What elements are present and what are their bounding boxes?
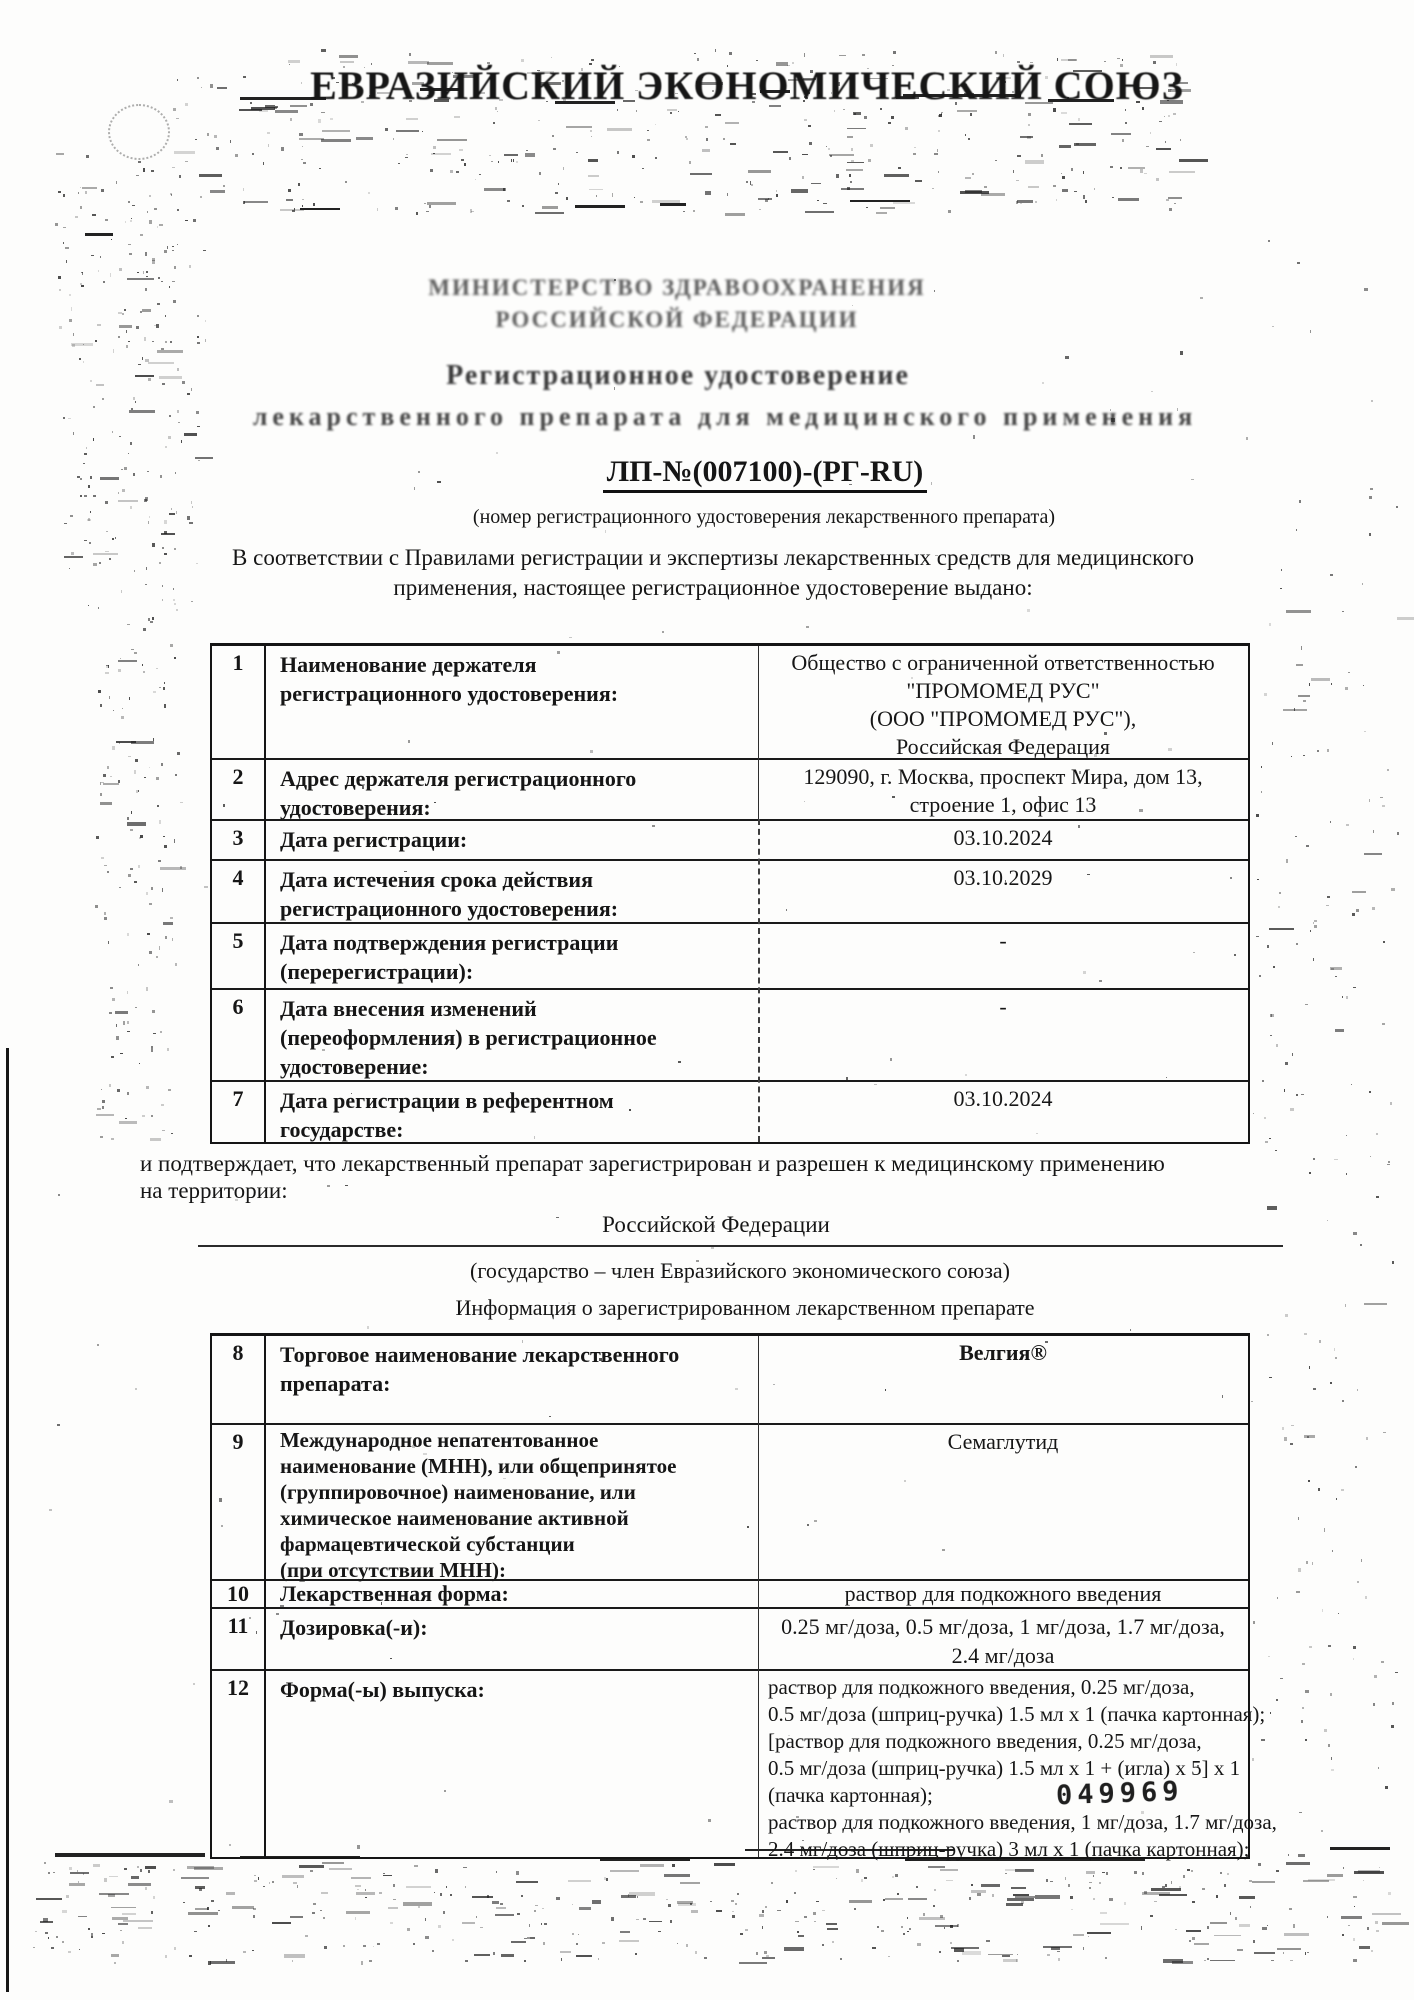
row-label: Дата подтверждения регистрации (перереги… <box>264 924 758 988</box>
table-number-column-divider <box>264 1336 266 1857</box>
registration-number: ЛП-№(007100)-(РГ-RU) <box>603 455 928 493</box>
table-row: 9 Международное непатентованное наименов… <box>212 1423 1248 1579</box>
row-label: Адрес держателя регистрационного удостов… <box>264 760 758 822</box>
intro-paragraph: В соответствии с Правилами регистрации и… <box>6 543 1414 603</box>
row-label: Форма(-ы) выпуска: <box>264 1671 758 1863</box>
row-label: Лекарственная форма: <box>264 1581 758 1607</box>
row-num: 9 <box>212 1425 264 1583</box>
holder-table: 1 Наименование держателя регистрационног… <box>210 643 1250 1144</box>
row-num: 10 <box>212 1581 264 1607</box>
row-value: 03.10.2024 <box>758 821 1248 859</box>
union-header: ЕВРАЗИЙСКИЙ ЭКОНОМИЧЕСКИЙ СОЮЗ <box>40 62 1414 109</box>
row-num: 7 <box>212 1082 264 1144</box>
territory-caption: (государство – член Евразийского экономи… <box>33 1258 1414 1284</box>
row-num: 1 <box>212 646 264 761</box>
table-row: 5 Дата подтверждения регистрации (перере… <box>212 922 1248 988</box>
row-num: 5 <box>212 924 264 988</box>
table-row: 10 Лекарственная форма: раствор для подк… <box>212 1579 1248 1607</box>
table-row: 11 Дозировка(-и): 0.25 мг/доза, 0.5 мг/д… <box>212 1607 1248 1669</box>
document-title-line2: лекарственного препарата для медицинског… <box>18 402 1414 432</box>
confirmation-paragraph: и подтверждает, что лекарственный препар… <box>140 1150 1300 1204</box>
product-info-heading: Информация о зарегистрированном лекарств… <box>38 1295 1414 1321</box>
row-label: Дата регистрации в референтном государст… <box>264 1082 758 1144</box>
row-value: 03.10.2029 <box>758 861 1248 923</box>
territory-name: Российской Федерации <box>9 1212 1414 1238</box>
table-row: 7 Дата регистрации в референтном государ… <box>212 1080 1248 1142</box>
row-label: Торговое наименование лекарственного пре… <box>264 1336 758 1423</box>
row-label: Дозировка(-и): <box>264 1609 758 1670</box>
row-num: 4 <box>212 861 264 923</box>
registration-number-caption: (номер регистрационного удостоверения ле… <box>57 506 1414 529</box>
table-row: 12 Форма(-ы) выпуска: раствор для подкож… <box>212 1669 1248 1857</box>
row-label: Наименование держателя регистрационного … <box>264 646 758 761</box>
serial-number-stamp: 049969 <box>1055 1776 1184 1811</box>
table-label-value-divider <box>758 1336 759 1857</box>
table-row: 8 Торговое наименование лекарственного п… <box>212 1336 1248 1423</box>
row-value: - <box>758 924 1248 988</box>
table-row: 1 Наименование держателя регистрационног… <box>212 646 1248 758</box>
row-label: Дата истечения срока действия регистраци… <box>264 861 758 923</box>
document-title-line1: Регистрационное удостоверение <box>0 360 1385 392</box>
table-row: 6 Дата внесения изменений (переоформлени… <box>212 988 1248 1080</box>
row-value: 03.10.2024 <box>758 1082 1248 1144</box>
table-label-value-divider-dashed <box>758 819 760 1142</box>
row-value: 129090, г. Москва, проспект Мира, дом 13… <box>758 760 1248 822</box>
table-row: 3 Дата регистрации: 03.10.2024 <box>212 819 1248 859</box>
row-value: 0.25 мг/доза, 0.5 мг/доза, 1 мг/доза, 1.… <box>758 1609 1248 1670</box>
row-value: - <box>758 990 1248 1081</box>
table-row: 2 Адрес держателя регистрационного удост… <box>212 758 1248 819</box>
row-num: 11 <box>212 1609 264 1670</box>
row-value: раствор для подкожного введения <box>758 1581 1248 1607</box>
table-number-column-divider <box>264 646 266 1142</box>
row-num: 12 <box>212 1671 264 1863</box>
registration-certificate-page: ЕВРАЗИЙСКИЙ ЭКОНОМИЧЕСКИЙ СОЮЗ МИНИСТЕРС… <box>0 0 1414 2000</box>
emblem-noise-circle <box>108 104 170 160</box>
table-label-value-divider <box>758 646 759 819</box>
scan-edge-line <box>6 1048 9 1992</box>
registration-number-block: ЛП-№(007100)-(РГ-RU) <box>58 455 1414 493</box>
row-num: 3 <box>212 821 264 859</box>
row-num: 8 <box>212 1336 264 1423</box>
row-label: Дата регистрации: <box>264 821 758 859</box>
row-num: 2 <box>212 760 264 822</box>
row-value: раствор для подкожного введения, 0.25 мг… <box>758 1671 1277 1863</box>
row-label: Международное непатентованное наименован… <box>264 1425 758 1583</box>
ministry-name: МИНИСТЕРСТВО ЗДРАВООХРАНЕНИЯ РОССИЙСКОЙ … <box>0 272 1384 336</box>
row-value: Семаглутид <box>758 1425 1248 1583</box>
row-value: Общество с ограниченной ответственностью… <box>758 646 1248 761</box>
row-label: Дата внесения изменений (переоформления)… <box>264 990 758 1081</box>
territory-underline <box>198 1245 1283 1247</box>
row-value: Велгия® <box>758 1336 1248 1423</box>
table-row: 4 Дата истечения срока действия регистра… <box>212 859 1248 922</box>
row-num: 6 <box>212 990 264 1081</box>
